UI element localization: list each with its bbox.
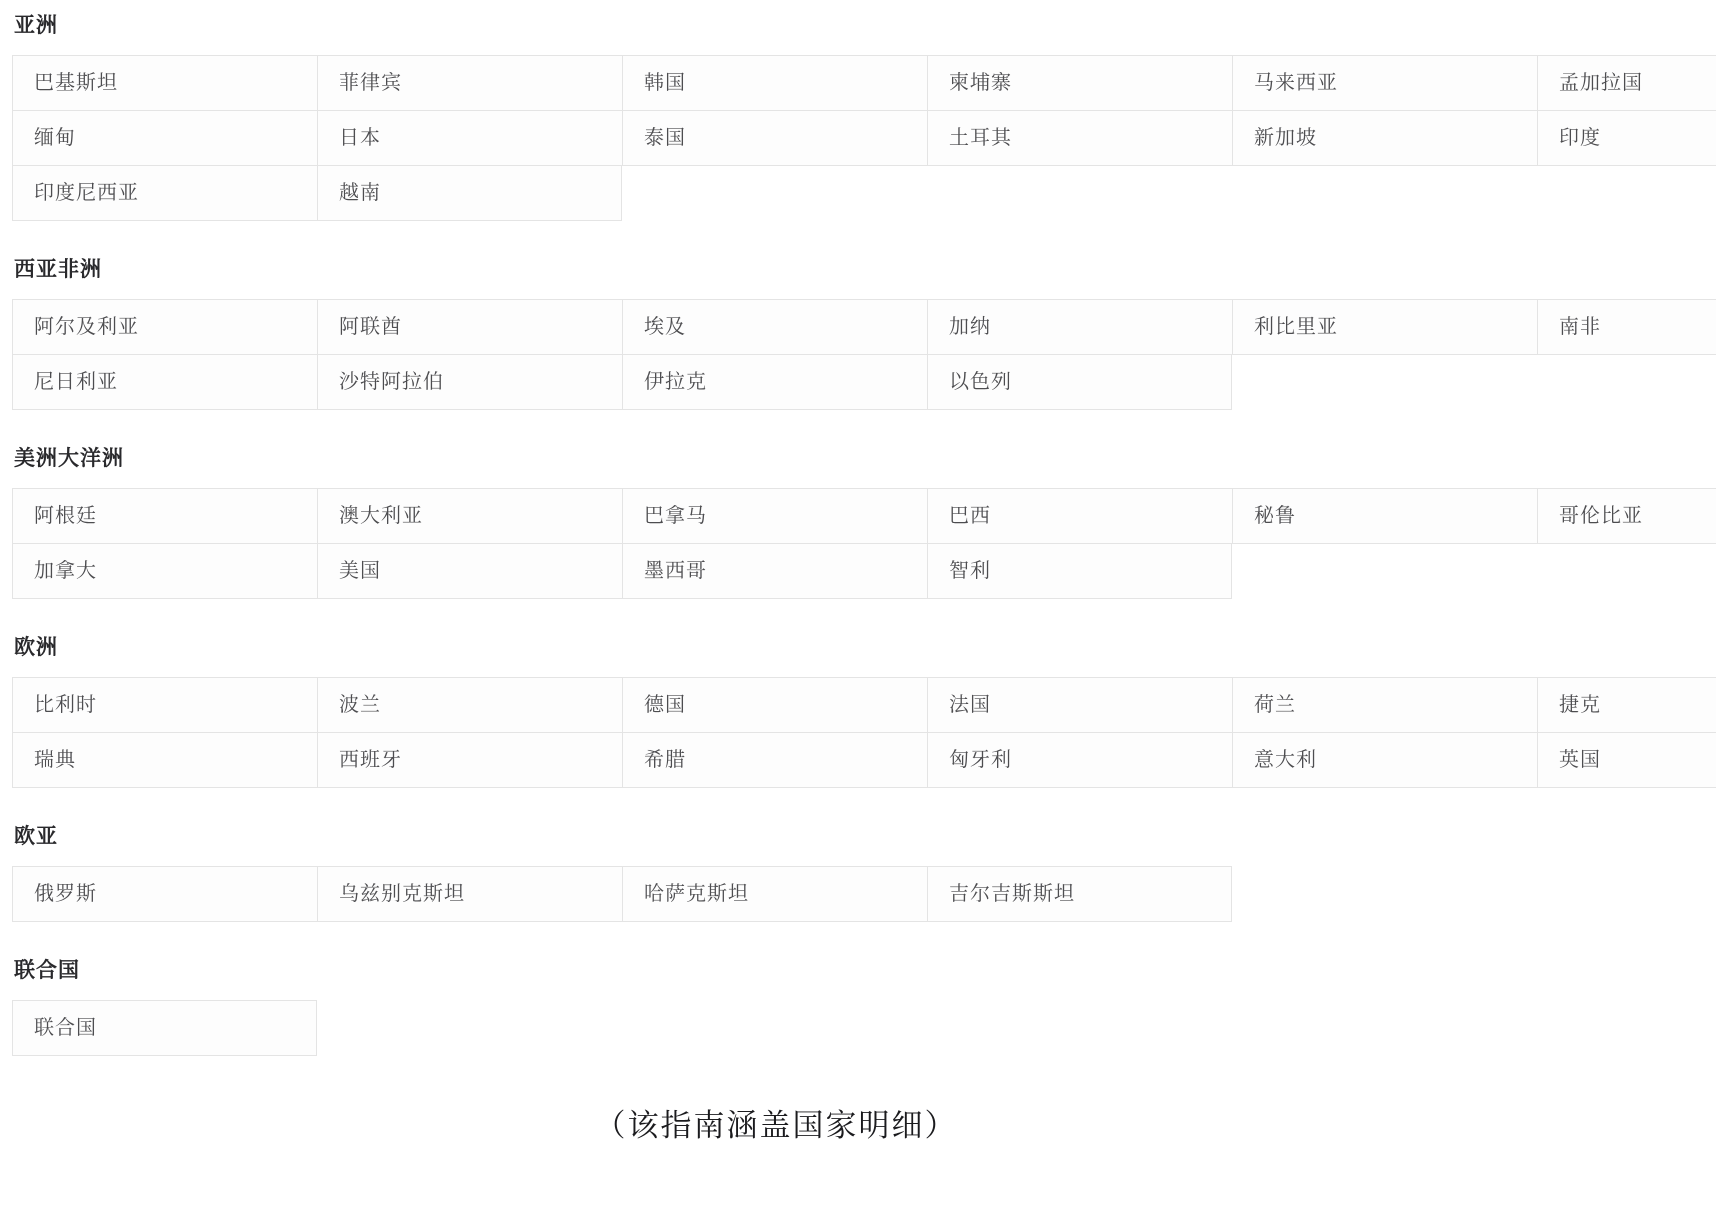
country-table: 阿根廷澳大利亚巴拿马巴西秘鲁哥伦比亚加拿大美国墨西哥智利 [12,488,1716,599]
country-cell: 波兰 [317,677,622,733]
country-cell: 马来西亚 [1232,55,1537,111]
region-title: 欧亚 [14,825,1716,849]
country-cell: 阿根廷 [12,488,317,544]
country-cell: 哥伦比亚 [1537,488,1716,544]
table-row: 巴基斯坦菲律宾韩国柬埔寨马来西亚孟加拉国 [12,55,1716,111]
country-cell: 英国 [1537,733,1716,788]
country-cell: 南非 [1537,299,1716,355]
country-cell: 阿联酋 [317,299,622,355]
country-cell: 荷兰 [1232,677,1537,733]
region-section: 亚洲 巴基斯坦菲律宾韩国柬埔寨马来西亚孟加拉国缅甸日本泰国土耳其新加坡印度印度尼… [12,14,1716,221]
region-section: 欧亚 俄罗斯乌兹别克斯坦哈萨克斯坦吉尔吉斯斯坦 [12,825,1716,922]
country-cell: 澳大利亚 [317,488,622,544]
country-cell: 比利时 [12,677,317,733]
table-row: 瑞典西班牙希腊匈牙利意大利英国 [12,733,1716,788]
country-cell: 柬埔寨 [927,55,1232,111]
table-row: 阿尔及利亚阿联酋埃及加纳利比里亚南非 [12,299,1716,355]
country-cell: 巴基斯坦 [12,55,317,111]
country-cell: 美国 [317,544,622,599]
country-table: 俄罗斯乌兹别克斯坦哈萨克斯坦吉尔吉斯斯坦 [12,866,1232,922]
country-cell: 孟加拉国 [1537,55,1716,111]
table-row: 加拿大美国墨西哥智利 [12,544,1232,599]
country-table: 阿尔及利亚阿联酋埃及加纳利比里亚南非尼日利亚沙特阿拉伯伊拉克以色列 [12,299,1716,410]
table-row: 印度尼西亚越南 [12,166,622,221]
table-row: 尼日利亚沙特阿拉伯伊拉克以色列 [12,355,1232,410]
region-title: 联合国 [14,959,1716,983]
country-cell: 吉尔吉斯斯坦 [927,866,1232,922]
country-cell: 印度尼西亚 [12,166,317,221]
country-cell: 伊拉克 [622,355,927,410]
country-cell: 缅甸 [12,111,317,166]
country-cell: 希腊 [622,733,927,788]
country-cell: 墨西哥 [622,544,927,599]
country-cell: 法国 [927,677,1232,733]
country-cell: 日本 [317,111,622,166]
country-cell: 乌兹别克斯坦 [317,866,622,922]
country-cell: 匈牙利 [927,733,1232,788]
table-row: 阿根廷澳大利亚巴拿马巴西秘鲁哥伦比亚 [12,488,1716,544]
country-cell: 利比里亚 [1232,299,1537,355]
country-cell: 捷克 [1537,677,1716,733]
region-section: 美洲大洋洲 阿根廷澳大利亚巴拿马巴西秘鲁哥伦比亚加拿大美国墨西哥智利 [12,447,1716,599]
country-cell: 埃及 [622,299,927,355]
country-cell: 巴拿马 [622,488,927,544]
table-row: 比利时波兰德国法国荷兰捷克 [12,677,1716,733]
country-cell: 以色列 [927,355,1232,410]
country-table: 巴基斯坦菲律宾韩国柬埔寨马来西亚孟加拉国缅甸日本泰国土耳其新加坡印度印度尼西亚越… [12,55,1716,221]
region-sections-container: 亚洲 巴基斯坦菲律宾韩国柬埔寨马来西亚孟加拉国缅甸日本泰国土耳其新加坡印度印度尼… [12,14,1716,1056]
country-cell: 瑞典 [12,733,317,788]
region-title: 美洲大洋洲 [14,447,1716,471]
region-title: 亚洲 [14,14,1716,38]
country-cell: 阿尔及利亚 [12,299,317,355]
country-cell: 菲律宾 [317,55,622,111]
country-cell: 联合国 [12,1000,317,1056]
country-cell: 印度 [1537,111,1716,166]
table-row: 缅甸日本泰国土耳其新加坡印度 [12,111,1716,166]
country-table: 联合国 [12,1000,317,1056]
region-title: 欧洲 [14,636,1716,660]
country-cell: 沙特阿拉伯 [317,355,622,410]
region-section: 联合国 联合国 [12,959,1716,1056]
country-guide-page: 亚洲 巴基斯坦菲律宾韩国柬埔寨马来西亚孟加拉国缅甸日本泰国土耳其新加坡印度印度尼… [0,0,1716,1212]
country-cell: 土耳其 [927,111,1232,166]
country-cell: 德国 [622,677,927,733]
country-cell: 加纳 [927,299,1232,355]
country-cell: 意大利 [1232,733,1537,788]
country-cell: 新加坡 [1232,111,1537,166]
country-cell: 巴西 [927,488,1232,544]
region-section: 欧洲 比利时波兰德国法国荷兰捷克瑞典西班牙希腊匈牙利意大利英国 [12,636,1716,788]
country-cell: 俄罗斯 [12,866,317,922]
country-cell: 越南 [317,166,622,221]
country-cell: 智利 [927,544,1232,599]
country-table: 比利时波兰德国法国荷兰捷克瑞典西班牙希腊匈牙利意大利英国 [12,677,1716,788]
region-section: 西亚非洲 阿尔及利亚阿联酋埃及加纳利比里亚南非尼日利亚沙特阿拉伯伊拉克以色列 [12,258,1716,410]
table-row: 俄罗斯乌兹别克斯坦哈萨克斯坦吉尔吉斯斯坦 [12,866,1232,922]
country-cell: 哈萨克斯坦 [622,866,927,922]
country-cell: 秘鲁 [1232,488,1537,544]
country-cell: 泰国 [622,111,927,166]
table-row: 联合国 [12,1000,317,1056]
country-cell: 西班牙 [317,733,622,788]
country-cell: 尼日利亚 [12,355,317,410]
caption: （该指南涵盖国家明细） [12,1100,1540,1145]
country-cell: 韩国 [622,55,927,111]
country-cell: 加拿大 [12,544,317,599]
region-title: 西亚非洲 [14,258,1716,282]
